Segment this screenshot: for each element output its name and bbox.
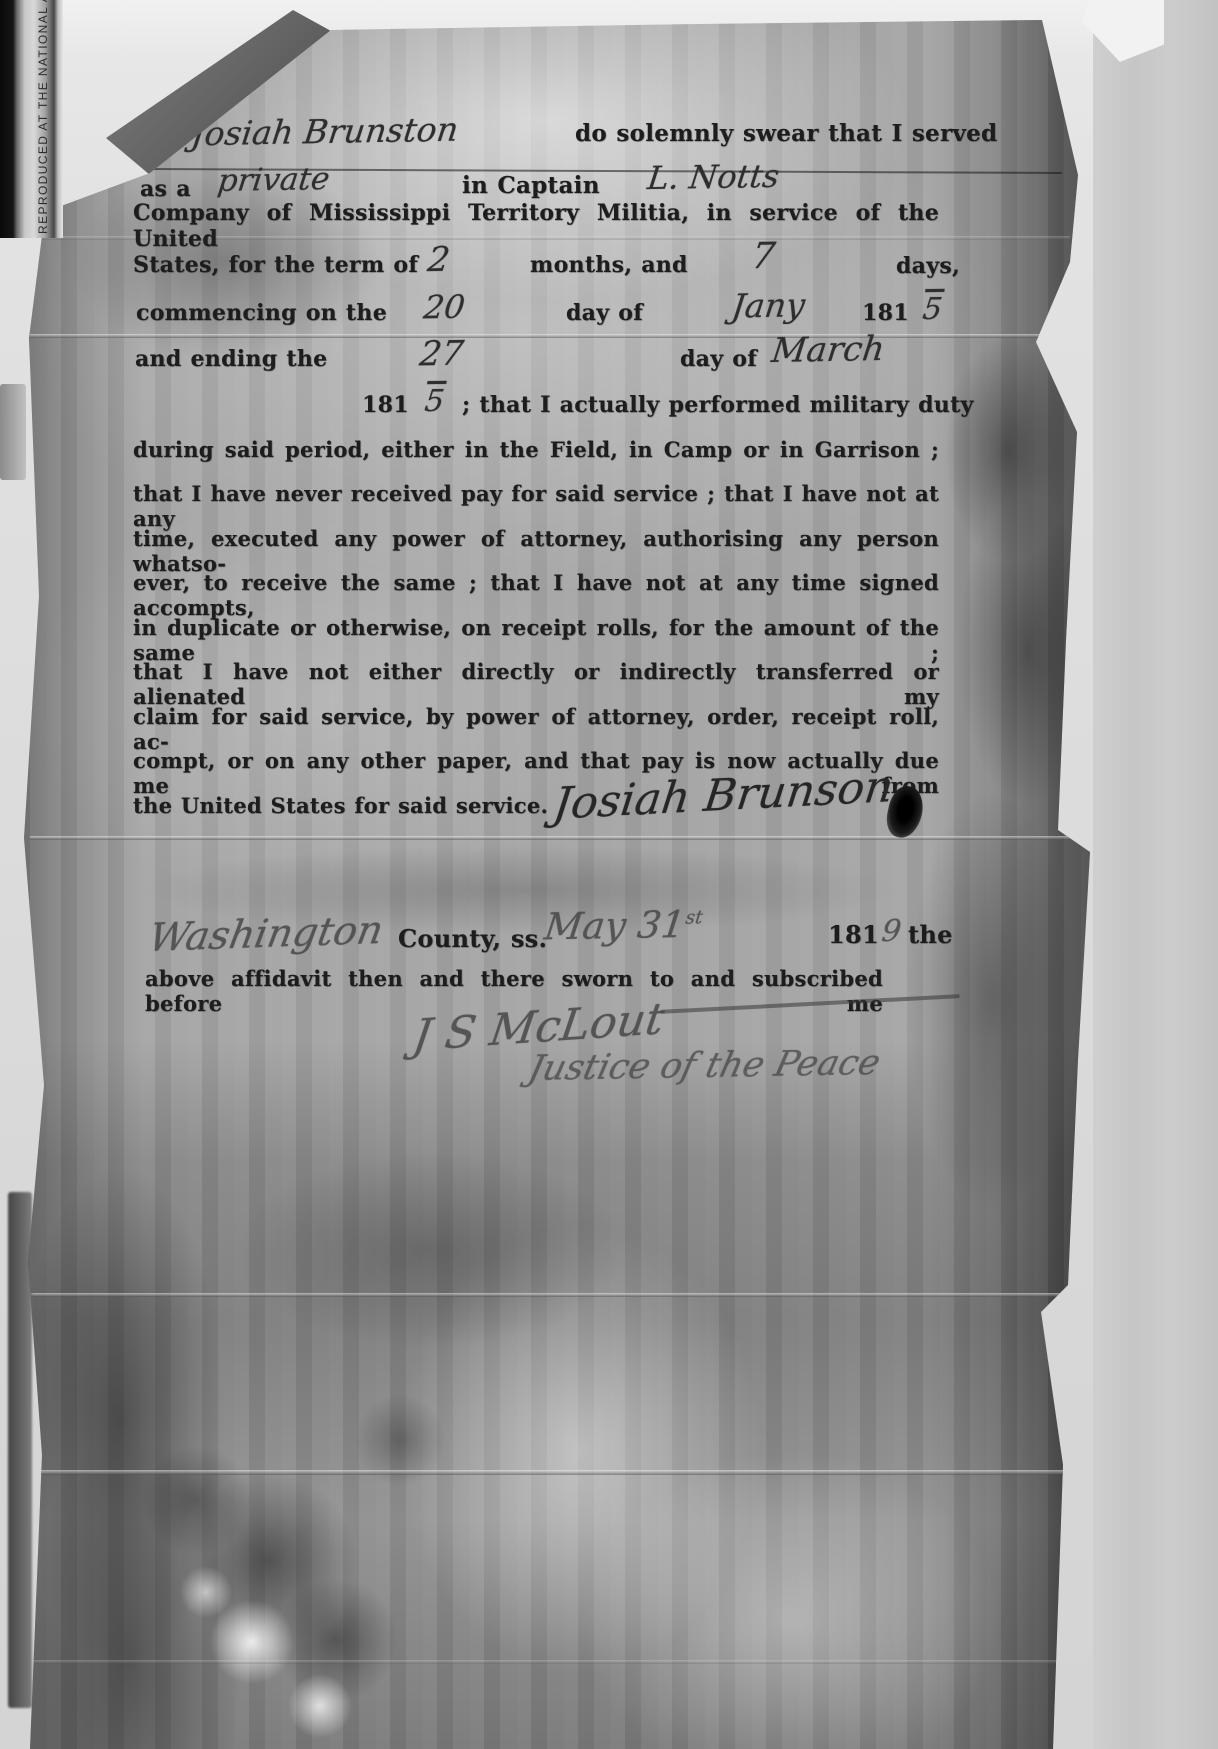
company-line: Company of Mississippi Territory Militia… (133, 200, 939, 252)
jurat-year-handwritten: 9 (880, 914, 903, 949)
end-day-handwritten: 27 (417, 334, 465, 375)
end-month-handwritten: March (769, 329, 886, 371)
rank-mid: in Captain (462, 172, 600, 199)
crease-line (30, 836, 1070, 840)
start-pre: commencing on the (136, 300, 387, 326)
county-handwritten: Washington (145, 908, 386, 961)
body-line: the United States for said service. (133, 793, 548, 818)
term-mid: months, and (530, 252, 688, 278)
left-edge-tape-mark (0, 384, 26, 480)
document-paper: I Josiah Brunston do solemnly swear that… (0, 0, 1218, 1749)
crease-line (30, 334, 1070, 338)
body-line: ever, to receive the same ; that I have … (133, 570, 939, 620)
duty-year-handwritten: 5 (423, 384, 446, 419)
days-value-handwritten: 7 (749, 236, 777, 277)
body-line: in duplicate or otherwise, on receipt ro… (133, 615, 939, 665)
crease-line (30, 1293, 1070, 1297)
body-line: claim for said service, by power of atto… (133, 704, 939, 754)
body-line: time, executed any power of attorney, au… (133, 526, 939, 576)
jurat-date-value: May 31 (542, 903, 687, 948)
crease-line (30, 1660, 1070, 1664)
county-label: County, ss. (398, 924, 547, 953)
scanned-affidavit-page: I Josiah Brunston do solemnly swear that… (0, 0, 1218, 1749)
body-line: that I have not either directly or indir… (133, 659, 939, 709)
body-line: during said period, either in the Field,… (133, 437, 939, 462)
body-line: that I have never received pay for said … (133, 481, 939, 531)
opening-post: do solemnly swear that I served (575, 120, 997, 147)
end-pre: and ending the (135, 346, 327, 372)
scanner-backing-right (1093, 0, 1218, 1749)
national-archives-strip: REPRODUCED AT THE NATIONAL ARCHIVES (0, 0, 63, 238)
months-value-handwritten: 2 (426, 240, 453, 280)
duty-year-printed: 181 (362, 392, 409, 418)
duty-post: ; that I actually performed military dut… (462, 392, 974, 418)
term-pre: States, for the term of (133, 252, 418, 278)
soldier-name-handwritten: Josiah Brunston (189, 110, 460, 154)
justice-title-handwritten: Justice of the Peace (525, 1043, 884, 1089)
crease-line (30, 1470, 1070, 1475)
captain-name-handwritten: L. Notts (646, 157, 782, 197)
left-edge-scan-shadow (8, 1192, 32, 1708)
jurat-year-post: the (908, 920, 953, 949)
jurat-year-printed: 181 (828, 920, 879, 949)
start-month-handwritten: Jany (730, 285, 808, 325)
start-day-handwritten: 20 (422, 288, 467, 327)
jurat-date-handwritten: May 31st (542, 903, 704, 949)
end-mid: day of (680, 346, 757, 372)
national-archives-label: REPRODUCED AT THE NATIONAL ARCHIVES (36, 0, 54, 234)
rank-pre: as a (140, 176, 191, 202)
rank-handwritten: private (216, 161, 332, 199)
start-year-handwritten: 5 (921, 292, 944, 327)
term-post: days, (896, 253, 960, 279)
start-mid: day of (566, 300, 643, 326)
jurat-date-suffix: st (684, 907, 704, 928)
start-year-printed: 181 (862, 300, 909, 326)
